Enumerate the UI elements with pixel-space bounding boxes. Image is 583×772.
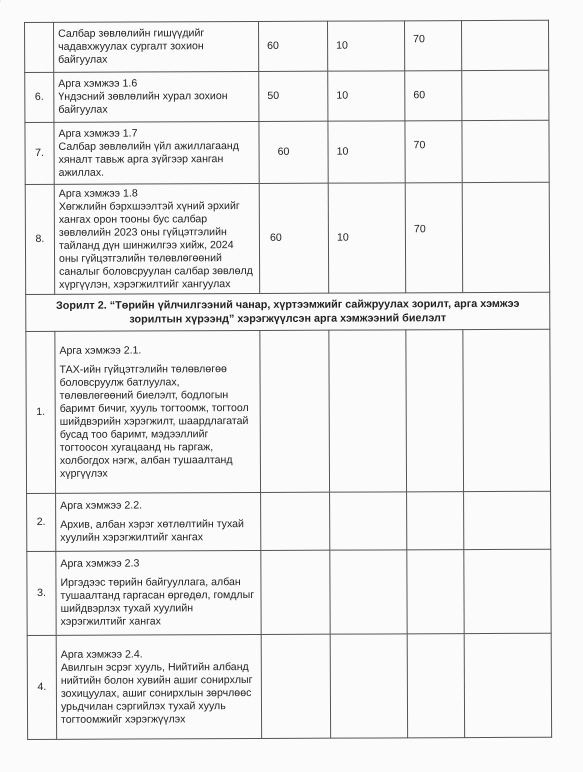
row-text: Үндэсний зөвлөлийн хурал зохион байгуула…	[58, 90, 254, 117]
row-title: Арга хэмжээ 2.4.	[61, 647, 257, 661]
cell-value-c: 70	[405, 183, 462, 293]
cell-value-d	[462, 182, 549, 292]
row-title: Арга хэмжээ 2.3	[60, 557, 256, 571]
row-description: Арга хэмжээ 1.6 Үндэсний зөвлөлийн хурал…	[54, 71, 259, 122]
cell-value-c: 70	[404, 21, 461, 71]
cell-value-d	[464, 549, 551, 633]
row-description: Арга хэмжээ 1.7 Салбар зөвлөлийн үйл ажи…	[54, 121, 259, 184]
table-row: 6. Арга хэмжээ 1.6 Үндэсний зөвлөлийн ху…	[25, 70, 549, 122]
row-number: 8.	[25, 184, 54, 294]
row-text: Авилгын эсрэг хууль, Нийтийн албанд нийт…	[61, 660, 257, 726]
cell-value-b	[330, 634, 407, 738]
table-row: Салбар зөвлөлийн гишүүдийг чадавхжуулах …	[25, 20, 549, 72]
cell-value-d	[464, 633, 551, 737]
row-title: Арга хэмжээ 1.6	[58, 77, 254, 91]
cell-value-c	[407, 550, 464, 634]
cell-value-c	[406, 330, 464, 492]
cell-value-a	[260, 330, 330, 492]
cell-value-c: 60	[405, 71, 462, 121]
cell-value-d	[464, 491, 551, 549]
implementation-table: Салбар зөвлөлийн гишүүдийг чадавхжуулах …	[24, 20, 552, 740]
cell-value-c: 70	[405, 121, 462, 183]
row-description: Арга хэмжээ 2.1. ТАХ-ийн гүйцэтгэлийн тө…	[55, 330, 261, 493]
row-description: Арга хэмжээ 1.8 Хөгжлийн бэрхшээлтэй хүн…	[54, 183, 259, 294]
row-description: Арга хэмжээ 2.3 Иргэдээс төрийн байгуулл…	[56, 550, 261, 635]
row-title: Арга хэмжээ 1.7	[58, 126, 254, 140]
cell-value-a	[261, 634, 330, 738]
cell-value-a: 60	[258, 21, 327, 71]
cell-value-b: 10	[328, 121, 405, 183]
table-row: 8. Арга хэмжээ 1.8 Хөгжлийн бэрхшээлтэй …	[25, 182, 549, 294]
row-number: 2.	[27, 493, 56, 551]
row-text: Салбар зөвлөлийн гишүүдийг чадавхжуулах …	[58, 27, 254, 67]
table-row: 1. Арга хэмжээ 2.1. ТАХ-ийн гүйцэтгэлийн…	[26, 329, 551, 493]
cell-value-a: 50	[259, 71, 328, 121]
row-title: Арга хэмжээ 2.1.	[59, 343, 255, 357]
row-text: Архив, албан хэрэг хөтлөлтийн тухай хуул…	[60, 518, 256, 545]
section-2-heading: Зорилт 2. “Төрийн үйлчилгээний чанар, хү…	[26, 292, 550, 331]
row-number: 1.	[26, 331, 56, 493]
cell-value-d	[461, 20, 548, 70]
cell-value-b	[330, 492, 407, 550]
row-description: Арга хэмжээ 2.2. Архив, албан хэрэг хөтл…	[56, 492, 261, 551]
table-row: 3. Арга хэмжээ 2.3 Иргэдээс төрийн байгу…	[27, 549, 551, 635]
row-number: 4.	[27, 635, 56, 739]
cell-value-c	[407, 634, 464, 738]
row-text: ТАХ-ийн гүйцэтгэлийн төлөвлөгөө боловсру…	[59, 362, 256, 480]
cell-value-b	[329, 330, 407, 492]
cell-value-a	[261, 550, 330, 634]
row-text: Хөгжлийн бэрхшээлтэй хүний эрхийг хангах…	[59, 199, 255, 291]
table-row: 7. Арга хэмжээ 1.7 Салбар зөвлөлийн үйл …	[25, 120, 549, 184]
row-title: Арга хэмжээ 1.8	[59, 186, 255, 200]
page-corner-mark	[0, 0, 14, 28]
table-row: 2. Арга хэмжээ 2.2. Архив, албан хэрэг х…	[27, 491, 551, 551]
cell-value-a	[261, 492, 330, 550]
row-text: Салбар зөвлөлийн үйл ажиллагаанд хяналт …	[59, 139, 255, 179]
cell-value-b	[330, 550, 407, 634]
row-description: Арга хэмжээ 2.4. Авилгын эсрэг хууль, Ни…	[56, 634, 261, 739]
cell-value-d	[462, 120, 549, 182]
row-number: 6.	[25, 72, 54, 122]
row-title: Арга хэмжээ 2.2.	[60, 499, 256, 513]
section-heading-row: Зорилт 2. “Төрийн үйлчилгээний чанар, хү…	[26, 292, 550, 331]
cell-value-b: 10	[328, 71, 405, 121]
row-number: 7.	[25, 122, 54, 184]
cell-value-d	[463, 329, 551, 491]
row-description: Салбар зөвлөлийн гишүүдийг чадавхжуулах …	[54, 21, 259, 72]
cell-value-c	[407, 492, 464, 550]
row-number	[25, 22, 54, 72]
cell-value-b: 10	[327, 21, 404, 71]
cell-value-b: 10	[328, 183, 405, 293]
row-number: 3.	[27, 551, 56, 635]
cell-value-a: 60	[259, 121, 328, 183]
cell-value-a: 60	[259, 183, 328, 293]
cell-value-d	[462, 70, 549, 120]
table-row: 4. Арга хэмжээ 2.4. Авилгын эсрэг хууль,…	[27, 633, 551, 739]
row-text: Иргэдээс төрийн байгууллага, албан тушаа…	[60, 576, 256, 629]
